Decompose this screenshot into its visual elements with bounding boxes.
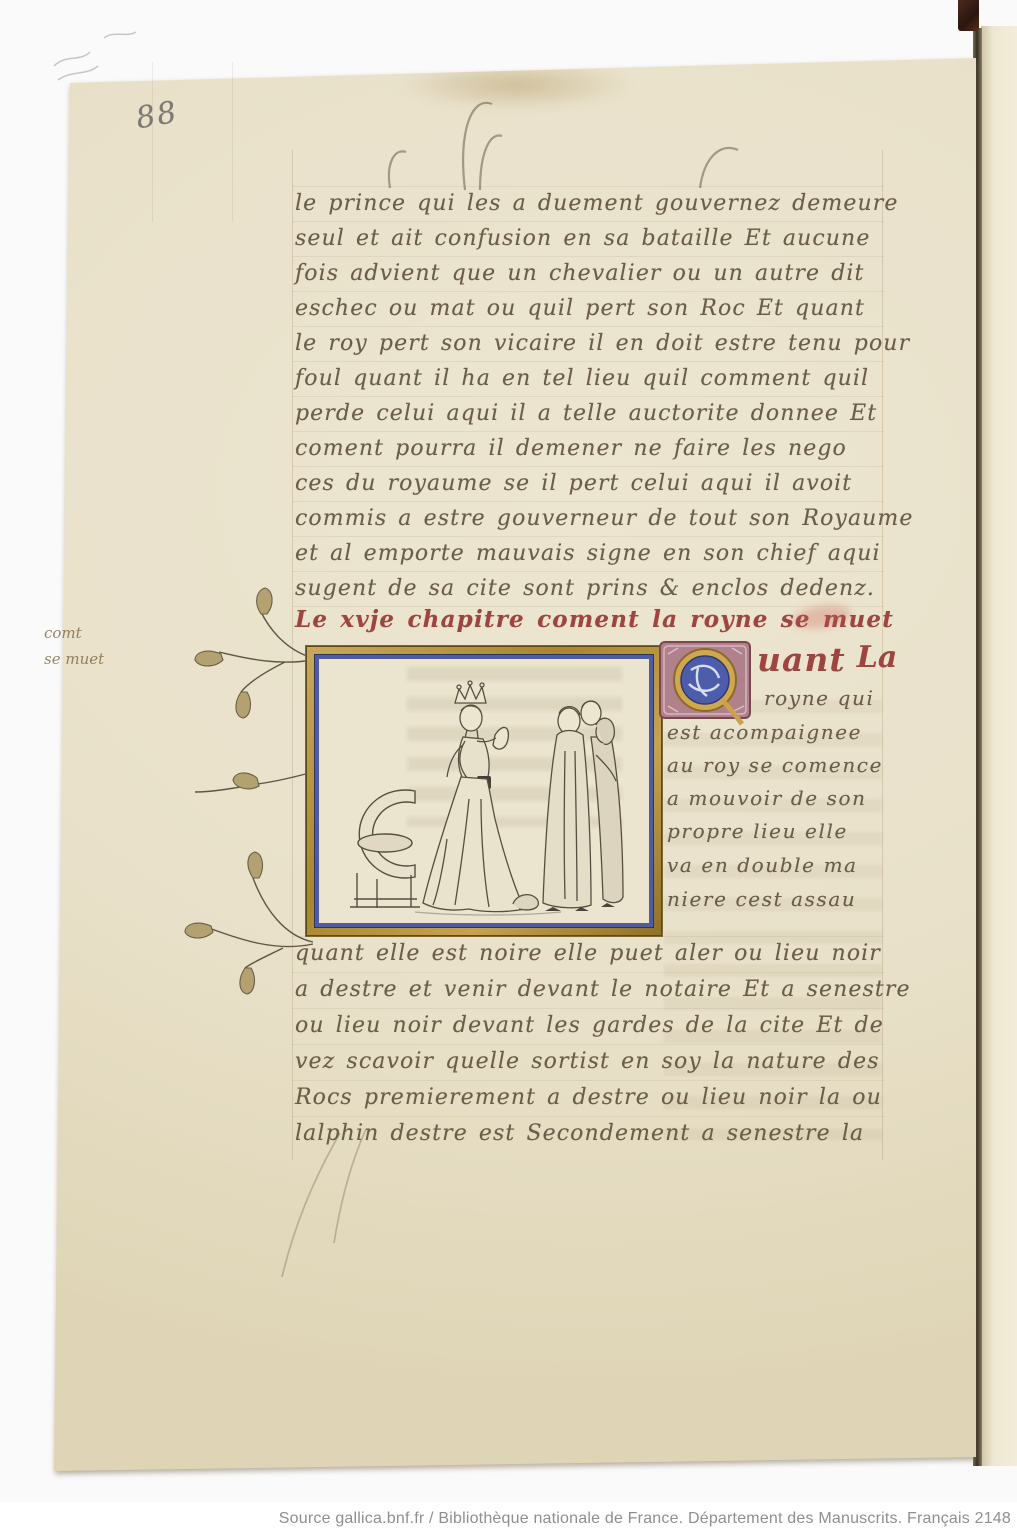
initial-continuation: uant xyxy=(757,640,846,679)
manuscript-line: fois advient que un chevalier ou un autr… xyxy=(295,256,914,291)
text-block-lower: quant elle est noire elle puet aler ou l… xyxy=(295,936,911,1152)
manuscript-line: le roy pert son vicaire il en doit estre… xyxy=(295,326,914,361)
manuscript-line: perde celui aqui il a telle auctorite do… xyxy=(295,396,914,431)
ascender-flourishes xyxy=(300,90,860,192)
margin-ruling-2 xyxy=(232,62,233,222)
throne-chair xyxy=(350,790,420,908)
miniature-frame xyxy=(306,646,662,936)
column-line: a mouvoir de son xyxy=(667,786,867,810)
manuscript-line: le prince qui les a duement gouvernez de… xyxy=(295,186,914,221)
manuscript-line: vez scavoir quelle sortist en soy la nat… xyxy=(295,1044,911,1080)
margin-note-line: se muet xyxy=(44,646,104,672)
initial-word-la: La xyxy=(857,640,898,675)
manuscript-line: a destre et venir devant le notaire Et a… xyxy=(295,972,911,1008)
column-line: va en double ma xyxy=(667,853,858,877)
initial-ornament xyxy=(658,640,758,728)
manuscript-line: seul et ait confusion en sa bataille Et … xyxy=(295,221,914,256)
miniature-illustration xyxy=(319,659,649,923)
column-line: niere cest assau xyxy=(667,887,856,911)
manuscript-line: Rocs premierement a destre ou lieu noir … xyxy=(295,1080,911,1116)
initial-red-words: uant La xyxy=(757,640,897,679)
manuscript-line: coment pourra il demener ne faire les ne… xyxy=(295,431,914,466)
column-line: royne qui xyxy=(764,686,874,710)
margin-note-line: comt xyxy=(44,620,104,646)
corner-inscription-marks xyxy=(46,26,156,90)
column-line: propre lieu elle xyxy=(667,819,848,843)
manuscript-line: ou lieu noir devant les gardes de la cit… xyxy=(295,1008,911,1044)
manuscript-scan: 88 le prince qui les a duement gouvernez… xyxy=(0,0,1017,1536)
folio-number: 88 xyxy=(133,95,181,137)
text-block-upper: le prince qui les a duement gouvernez de… xyxy=(295,186,914,606)
descender-flourish xyxy=(270,1125,400,1285)
manuscript-line: sugent de sa cite sont prins & enclos de… xyxy=(295,571,914,606)
manuscript-line: et al emporte mauvais signe en son chief… xyxy=(295,536,914,571)
miniature-blue-band xyxy=(314,654,654,928)
column-line: est acompaignee xyxy=(667,720,862,744)
illuminated-initial-q: Q xyxy=(658,640,758,728)
manuscript-line: quant elle est noire elle puet aler ou l… xyxy=(295,936,911,972)
manuscript-line: commis a estre gouverneur de tout son Ro… xyxy=(295,501,914,536)
manuscript-line: ces du royaume se il pert celui aqui il … xyxy=(295,466,914,501)
source-footer: Source gallica.bnf.fr / Bibliothèque nat… xyxy=(0,1502,1017,1536)
queen-figure xyxy=(423,681,538,912)
source-attribution: Source gallica.bnf.fr / Bibliothèque nat… xyxy=(0,1502,1017,1528)
margin-note: comt se muet xyxy=(44,620,104,672)
manuscript-line: eschec ou mat ou quil pert son Roc Et qu… xyxy=(295,291,914,326)
column-line: au roy se comence xyxy=(667,753,883,777)
miniature-scene xyxy=(319,659,649,923)
manuscript-line: foul quant il ha en tel lieu quil commen… xyxy=(295,361,914,396)
